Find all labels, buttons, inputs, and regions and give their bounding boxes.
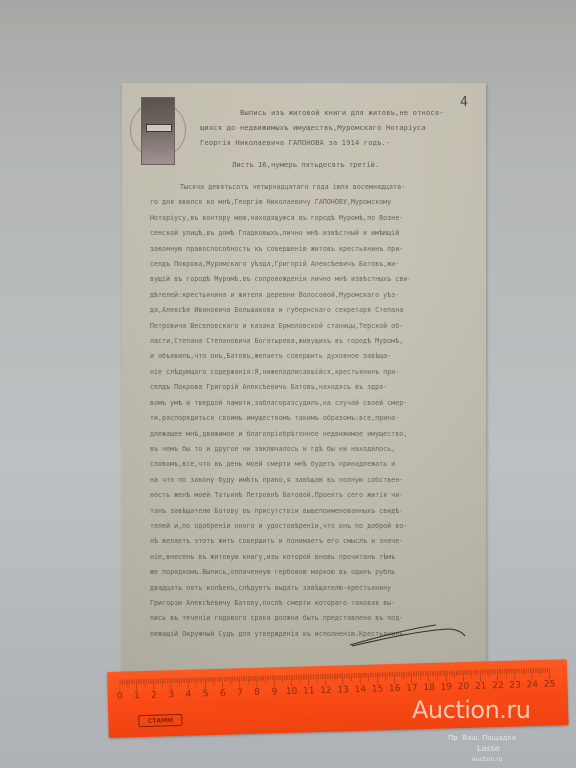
heading-line: щихся до недвижимыхъ имуществъ,Муромскаг… bbox=[200, 120, 482, 135]
body-line: ніе слѣдующаго содержанія:Я,нижеподписав… bbox=[150, 365, 482, 380]
ruler-number: 15 bbox=[372, 684, 384, 694]
ruler-number: 19 bbox=[440, 682, 452, 692]
ruler-number: 0 bbox=[117, 692, 123, 702]
ruler-number: 20 bbox=[458, 682, 470, 692]
ruler-number: 4 bbox=[185, 690, 191, 700]
body-line: селдъ Покрова Григорій Алексѣевичъ Батов… bbox=[150, 380, 482, 395]
body-line: ласти,Степана Степановича Богатырева,жив… bbox=[150, 334, 482, 349]
body-line: и объявилъ,что онъ,Батовъ,желаетъ соверш… bbox=[150, 349, 482, 364]
ruler-number: 24 bbox=[526, 680, 538, 690]
ruler-number: 11 bbox=[303, 686, 315, 696]
ruler-number: 14 bbox=[355, 685, 367, 695]
ruler-number: 10 bbox=[286, 687, 298, 697]
ruler-number: 21 bbox=[475, 681, 487, 691]
body-line: двадцать пять копѣекъ,слѣдуетъ выдать за… bbox=[150, 581, 482, 596]
sheet-number-line: Листъ 16,нумеръ пятьдесятъ третій. bbox=[232, 160, 379, 169]
heading-line: Выпись изъ житовой книги для житовъ,не о… bbox=[200, 105, 482, 120]
ruler-number: 1 bbox=[134, 691, 140, 701]
ruler-number: 23 bbox=[509, 680, 521, 690]
body-line: законную правоспособность къ совершенію … bbox=[150, 242, 482, 257]
body-line: ность женѣ моей Татьянѣ Петровнѣ Батовой… bbox=[150, 488, 482, 503]
stamp-denomination-band bbox=[146, 124, 172, 132]
body-line: въ чемъ бы то и другое ни заключалось и … bbox=[150, 442, 482, 457]
ruler-number: 17 bbox=[406, 683, 418, 693]
body-line: ти,распорядиться своимъ имуществомъ таки… bbox=[150, 411, 482, 426]
ruler-number: 2 bbox=[151, 691, 157, 701]
body-line: телей и,по одобреніи оного и удостовѣрен… bbox=[150, 519, 482, 534]
heading-line: Георгія Николаевича ГАПОНОВА за 1914 год… bbox=[200, 135, 482, 150]
body-line: Григорію Алексѣевичу Батову,послѣ смерти… bbox=[150, 596, 482, 611]
document-heading: Выпись изъ житовой книги для житовъ,не о… bbox=[200, 105, 482, 150]
body-line: длежащее мнѣ,движимое и благопріобрѣтенн… bbox=[150, 427, 482, 442]
ruler-number: 18 bbox=[423, 683, 435, 693]
body-line: Нотаріусу,въ контору мою,находящуюся въ … bbox=[150, 211, 482, 226]
body-line: Петровича Веселовскаго и казака Ермоловс… bbox=[150, 319, 482, 334]
ruler-brand-logo: СТАММ bbox=[138, 714, 182, 727]
body-line: го дня явился ко мнѣ,Георгію Николаевичу… bbox=[150, 195, 482, 210]
body-line: словомъ,все,что въ день моей смерти мнѣ … bbox=[150, 457, 482, 472]
body-line: Тысяча девятьсотъ четырнадцатаго года ію… bbox=[150, 180, 482, 195]
body-line: ніе,внесенъ въ житовую книгу,изъ которой… bbox=[150, 550, 482, 565]
ruler-number: 6 bbox=[220, 689, 226, 699]
body-line: на что по закону буду имѣть право,я завѣ… bbox=[150, 473, 482, 488]
ruler-number: 13 bbox=[337, 685, 349, 695]
ruler-number: 16 bbox=[389, 684, 401, 694]
body-line: же порядкомъ.Выпись,оплаченную гербовою … bbox=[150, 565, 482, 580]
ruler-number: 3 bbox=[168, 690, 174, 700]
body-line: лѣ желаетъ этотъ житъ совершить и понима… bbox=[150, 534, 482, 549]
body-line: да,Алексѣя Ивановича Большакова и губерн… bbox=[150, 303, 482, 318]
watermark-seller: Lasse bbox=[477, 744, 500, 753]
ruler-number: 7 bbox=[237, 688, 243, 698]
ruler-number: 8 bbox=[254, 688, 260, 698]
body-line: селдъ Покрова,Муромскаго уѣзда,Григорій … bbox=[150, 257, 482, 272]
body-line: вущій въ городѣ Муромѣ,въ сопровожденіи … bbox=[150, 272, 482, 287]
watermark-user-label: Пр. Ваш. Пощадка bbox=[448, 734, 516, 742]
body-line: танъ завѣщателю Батову въ присутствіи вы… bbox=[150, 504, 482, 519]
document-sheet: 4 Выпись изъ житовой книги для житовъ,не… bbox=[122, 83, 486, 677]
revenue-stamp bbox=[141, 97, 175, 165]
watermark-logo: Auction.ru bbox=[412, 696, 531, 724]
ruler-number: 25 bbox=[544, 679, 556, 689]
ruler-number: 12 bbox=[320, 686, 332, 696]
watermark-domain: auction.ru bbox=[472, 756, 502, 763]
ruler-number: 5 bbox=[203, 689, 209, 699]
body-line: дѣтелей:крестьянина и жителя деревни Вол… bbox=[150, 288, 482, 303]
signature bbox=[348, 619, 468, 649]
body-line: вомъ умѣ и твердой памяти,заблагоразсуди… bbox=[150, 396, 482, 411]
ruler-number: 22 bbox=[492, 681, 504, 691]
body-line: сенской улицѣ,въ домѣ Гладковыхъ,лично м… bbox=[150, 226, 482, 241]
ruler-number: 9 bbox=[271, 687, 277, 697]
document-body: Тысяча девятьсотъ четырнадцатаго года ію… bbox=[150, 180, 482, 642]
